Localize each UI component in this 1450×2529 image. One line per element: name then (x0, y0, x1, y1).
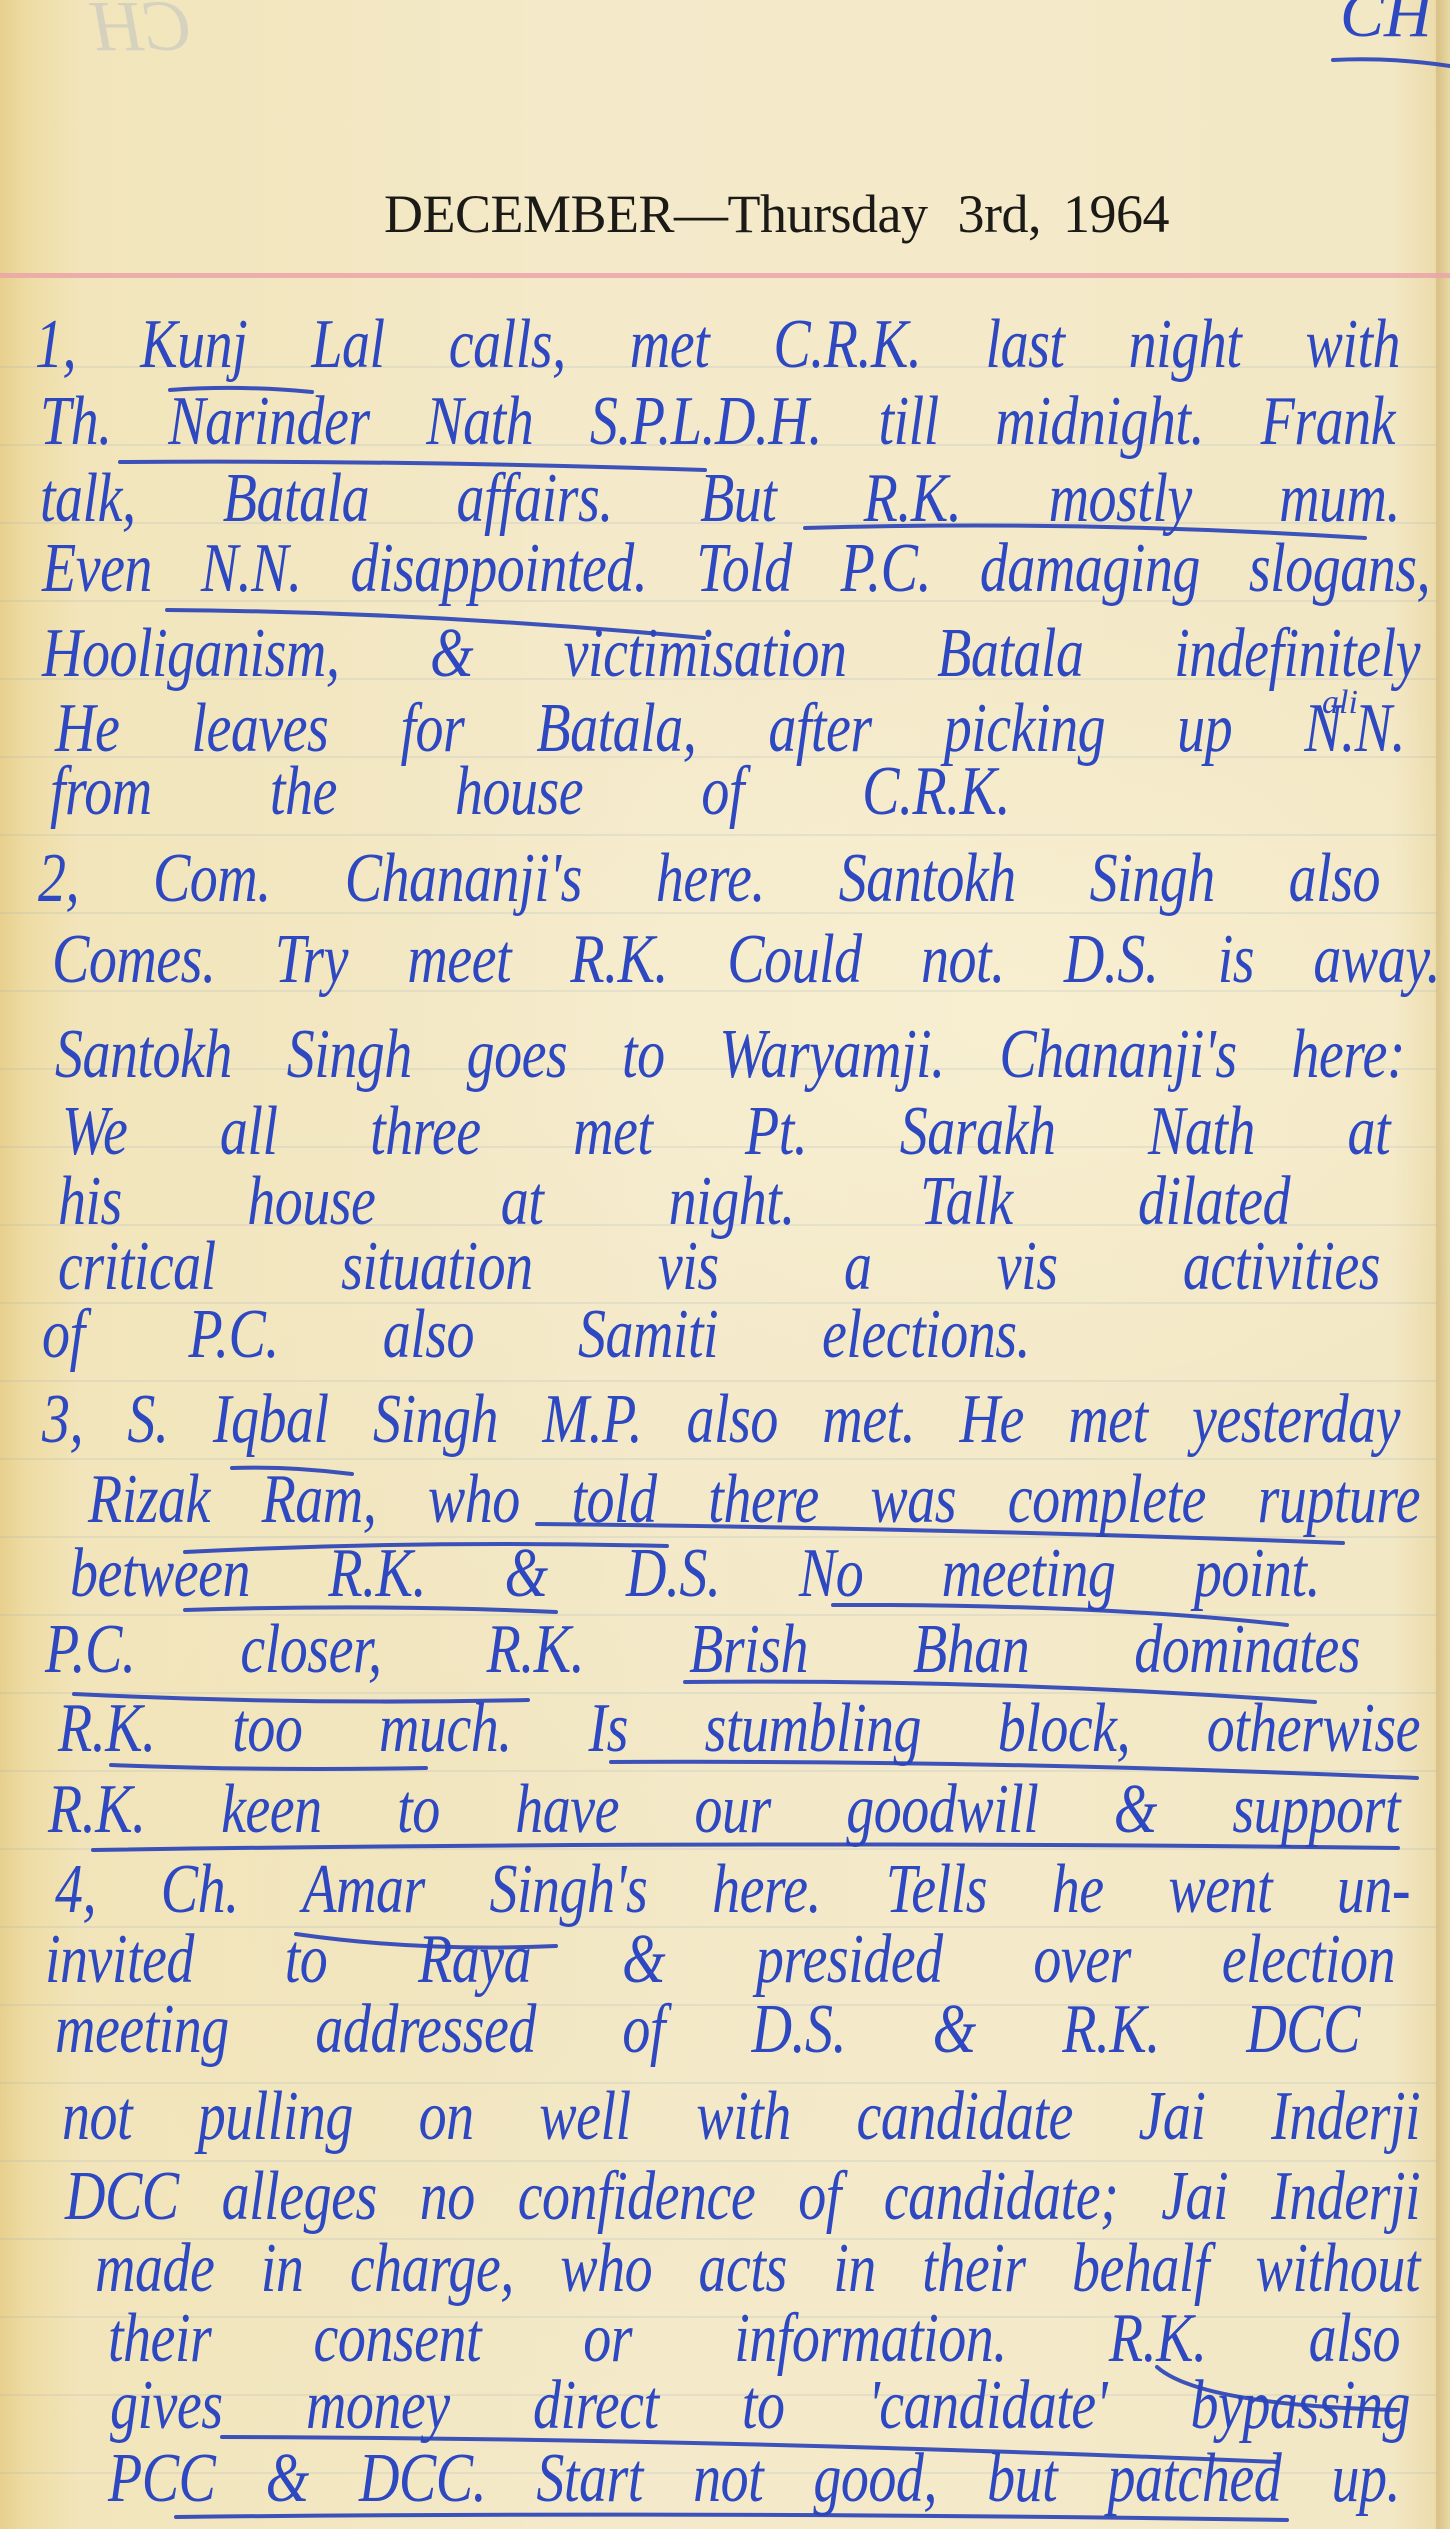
entry-line: between R.K. & D.S. No meeting point. (70, 1538, 1320, 1608)
entry-line: from the house of C.R.K. (50, 756, 1010, 826)
entry-line: made in charge, who acts in their behalf… (95, 2233, 1420, 2303)
entry-line: of P.C. also Samiti elections. (42, 1299, 1030, 1369)
entry-line: We all three met Pt. Sarakh Nath at (62, 1096, 1390, 1166)
entry-line: 1, Kunj Lal calls, met C.R.K. last night… (35, 309, 1400, 379)
entry-line: Hooliganism, & victimisation Batala inde… (42, 618, 1420, 688)
entry-line: Comes. Try meet R.K. Could not. D.S. is … (52, 924, 1440, 994)
heading-dash: — (674, 184, 728, 244)
entry-line: talk, Batala affairs. But R.K. mostly mu… (40, 463, 1400, 533)
entry-line: 3, S. Iqbal Singh M.P. also met. He met … (42, 1384, 1400, 1454)
entry-line: Even N.N. disappointed. Told P.C. damagi… (42, 533, 1430, 603)
entry-line: gives money direct to 'candidate' bypass… (110, 2370, 1410, 2440)
entry-line: Th. Narinder Nath S.P.L.D.H. till midnig… (40, 386, 1395, 456)
header-rule (0, 273, 1450, 278)
entry-line: PCC & DCC. Start not good, but patched u… (108, 2443, 1400, 2513)
corner-mark-underline (1333, 59, 1450, 66)
entry-line: Santokh Singh goes to Waryamji. Chananji… (55, 1019, 1405, 1089)
entry-line: 4, Ch. Amar Singh's here. Tells he went … (55, 1854, 1410, 1924)
entry-line: 2, Com. Chananji's here. Santokh Singh a… (38, 843, 1380, 913)
entry-line: meeting addressed of D.S. & R.K. DCC (55, 1994, 1360, 2064)
heading-year: 1964 (1063, 184, 1169, 244)
entry-line: critical situation vis a vis activities (58, 1231, 1380, 1301)
entry-line: invited to Raya & presided over election (45, 1924, 1395, 1994)
entry-line: their consent or information. R.K. also (108, 2303, 1400, 2373)
page-date-heading: DECEMBER—Thursday3rd,1964 (384, 187, 1169, 241)
superscript-annotation: ali (1322, 686, 1358, 720)
heading-weekday: Thursday (728, 184, 928, 244)
page-edge (1436, 0, 1450, 2529)
heading-day: 3rd, (957, 184, 1040, 244)
corner-mark: CH (1340, 0, 1432, 48)
entry-line: Rizak Ram, who told there was complete r… (88, 1464, 1420, 1534)
entry-line: P.C. closer, R.K. Brish Bhan dominates (45, 1614, 1360, 1684)
entry-line: his house at night. Talk dilated (58, 1166, 1290, 1236)
entry-line: not pulling on well with candidate Jai I… (62, 2081, 1420, 2151)
entry-line: R.K. too much. Is stumbling block, other… (58, 1693, 1420, 1763)
entry-line: R.K. keen to have our goodwill & support (48, 1774, 1400, 1844)
heading-month: DECEMBER (384, 184, 674, 244)
bleed-through-mark: CH (92, 0, 192, 62)
entry-line: DCC alleges no confidence of candidate; … (65, 2161, 1420, 2231)
